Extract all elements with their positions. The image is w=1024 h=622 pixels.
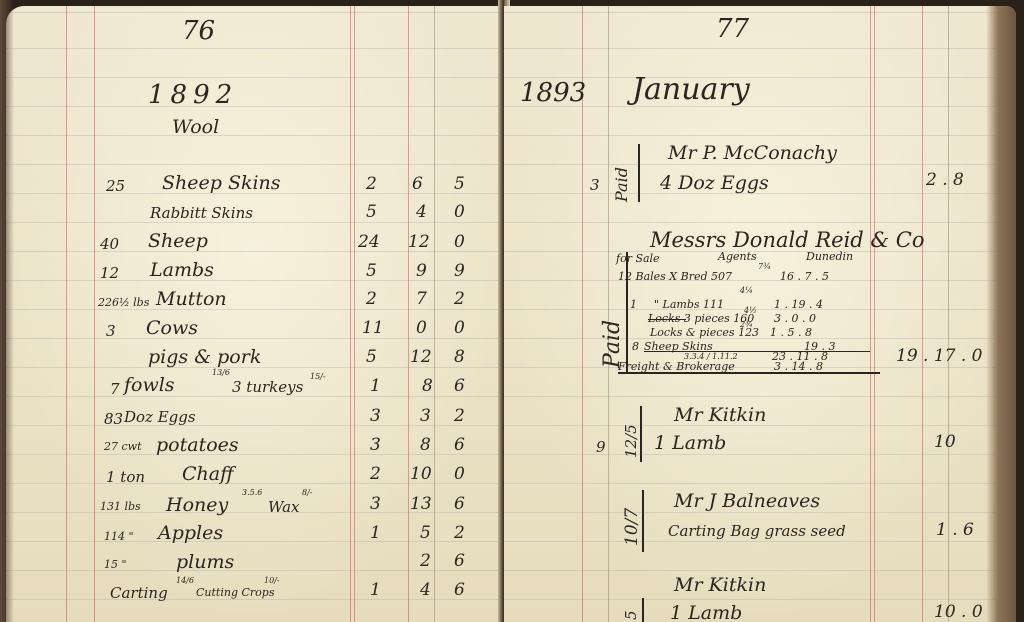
row-note: 3.5.6 <box>242 488 262 497</box>
page-number: 76 <box>182 16 215 46</box>
row-pounds: 2 <box>366 174 377 194</box>
shillings-column-rule <box>922 6 923 622</box>
pounds-column-rule <box>354 6 355 622</box>
row-pence: 5 <box>454 174 465 194</box>
row-shillings: 12 <box>410 347 432 367</box>
row-qty: 25 <box>106 177 125 195</box>
pounds-column-rule <box>350 6 351 622</box>
row-pounds: 1 <box>370 523 381 543</box>
torn-page-edge <box>986 6 1016 622</box>
row-pounds: 1 <box>370 580 381 600</box>
row-qty: 7 <box>110 380 120 398</box>
margin-rule <box>66 6 67 622</box>
row-pence: 0 <box>454 318 465 338</box>
sale-line-rate: 2¾ <box>740 320 753 329</box>
margin-bracket <box>640 406 642 462</box>
row-shillings: 5 <box>420 523 431 543</box>
strikethrough-mark <box>648 319 686 320</box>
row-pence: 0 <box>454 232 465 252</box>
row-item: Doz Eggs <box>124 408 196 426</box>
row-pence: 6 <box>454 376 465 396</box>
row-item: Carting <box>110 584 168 602</box>
row-pence: 2 <box>454 406 465 426</box>
row-pounds: 5 <box>366 347 377 367</box>
entry-total: 10 <box>934 432 956 452</box>
row-qty: 226½ lbs <box>98 296 149 309</box>
row-shillings: 4 <box>420 580 431 600</box>
entry-detail: Carting Bag grass seed <box>668 522 846 540</box>
row-qty: 1 ton <box>106 468 145 486</box>
payment-ref: 10/7 <box>622 508 642 546</box>
row-note: 14/6 <box>176 576 194 585</box>
row-note: 15/- <box>310 372 326 381</box>
row-shillings: 3 <box>420 406 431 426</box>
subheading-for-sale: for Sale <box>616 252 660 265</box>
row-note: 13/6 <box>212 368 230 377</box>
sale-line-rate: 4½ <box>744 306 757 315</box>
sale-line-amount: 16 . 7 . 5 <box>780 270 829 283</box>
sale-line-mark: 1 <box>630 298 637 311</box>
ledger-page-left: 76 1892 Wool 25 Sheep Skins 2 6 5 Rabbit… <box>6 6 502 622</box>
row-shillings: 8 <box>420 435 431 455</box>
entry-day: 9 <box>596 438 606 456</box>
sale-line-rate: 4¼ <box>740 286 753 295</box>
row-shillings: 0 <box>416 318 427 338</box>
row-pounds: 3 <box>370 435 381 455</box>
row-pence: 8 <box>454 347 465 367</box>
entry-detail: 1 Lamb <box>654 432 726 454</box>
row-shillings: 9 <box>416 261 427 281</box>
row-shillings: 13 <box>410 494 432 514</box>
entry-name: Mr Kitkin <box>674 574 766 596</box>
pence-column-rule <box>434 6 435 622</box>
payment-ref: 5 <box>622 610 640 620</box>
row-item: fowls <box>124 374 175 396</box>
margin-rule <box>94 6 95 622</box>
row-pounds: 3 <box>370 494 381 514</box>
sale-line-amount: 1 . 19 . 4 <box>774 298 823 311</box>
entry-name: Messrs Donald Reid & Co <box>650 228 925 252</box>
row-pounds: 24 <box>358 232 380 252</box>
sale-line-amount: 1 . 5 . 8 <box>770 326 812 339</box>
row-qty: 83 <box>104 410 123 428</box>
row-note: 10/- <box>264 576 280 585</box>
entry-name: Mr P. McConachy <box>668 142 837 164</box>
margin-rule <box>608 6 609 622</box>
row-item-secondary: Wax <box>268 498 300 516</box>
row-pounds: 5 <box>366 202 377 222</box>
entry-name: Mr Kitkin <box>674 404 766 426</box>
row-item: Rabbitt Skins <box>150 204 253 222</box>
entry-total: 2 . 8 <box>926 170 964 190</box>
row-shillings: 2 <box>420 551 431 571</box>
entry-detail: 4 Doz Eggs <box>660 172 769 194</box>
row-item: Sheep <box>148 230 208 252</box>
ledger-page-right: 77 1893 January 3 Paid Mr P. McConachy 4… <box>504 6 1016 622</box>
row-qty: 114 " <box>104 530 134 543</box>
row-item: Lambs <box>150 259 214 281</box>
row-pence: 0 <box>454 464 465 484</box>
row-pounds: 3 <box>370 406 381 426</box>
sale-line-mark: 8 <box>632 340 639 353</box>
year-heading: 1892 <box>148 80 238 110</box>
page-number: 77 <box>716 14 749 44</box>
payment-ref: 12/5 <box>622 424 640 458</box>
row-item-secondary: 3 turkeys <box>232 378 303 396</box>
row-pence: 6 <box>454 494 465 514</box>
entry-total: 19 . 17 . 0 <box>896 346 983 366</box>
row-shillings: 4 <box>416 202 427 222</box>
row-pounds: 11 <box>362 318 384 338</box>
sale-line-text: " Lambs 111 <box>654 298 724 311</box>
row-item: Chaff <box>182 463 234 485</box>
row-item: Honey <box>166 494 228 516</box>
row-pounds: 2 <box>370 464 381 484</box>
row-item: Mutton <box>156 288 227 310</box>
sale-line-rate: 3.3.4 / 1.11.2 <box>684 352 738 361</box>
row-pence: 0 <box>454 202 465 222</box>
year-heading: 1893 <box>520 78 586 108</box>
subheading-agents: Agents <box>718 250 757 263</box>
row-shillings: 10 <box>410 464 432 484</box>
shillings-column-rule <box>408 6 409 622</box>
section-heading: Wool <box>172 116 219 138</box>
subheading-dunedin: Dunedin <box>806 250 853 263</box>
margin-bracket <box>642 598 644 622</box>
row-pence: 6 <box>454 580 465 600</box>
row-shillings: 8 <box>422 376 433 396</box>
row-qty: 3 <box>106 322 116 340</box>
row-pounds: 5 <box>366 261 377 281</box>
entry-total: 1 . 6 <box>936 520 974 540</box>
row-pence: 6 <box>454 435 465 455</box>
row-shillings: 7 <box>416 289 427 309</box>
amount-column-rule <box>874 6 875 622</box>
margin-bracket <box>642 490 644 552</box>
row-qty: 27 cwt <box>104 440 142 453</box>
torn-page-edge <box>0 0 14 622</box>
margin-bracket <box>638 144 640 202</box>
row-item: Apples <box>158 522 223 544</box>
row-qty: 15 " <box>104 558 127 571</box>
row-item: plums <box>176 551 234 573</box>
row-qty: 12 <box>100 264 119 282</box>
row-note: 8/- <box>302 488 313 497</box>
row-item: potatoes <box>156 434 239 456</box>
row-item-secondary: Cutting Crops <box>196 586 274 599</box>
row-item: Cows <box>146 317 198 339</box>
row-pence: 9 <box>454 261 465 281</box>
row-qty: 40 <box>100 235 119 253</box>
entry-total: 10 . 0 <box>934 602 983 622</box>
entry-name: Mr J Balneaves <box>674 490 820 512</box>
paid-stamp: Paid <box>612 167 631 202</box>
subtotal-rule <box>644 351 870 352</box>
row-qty: 131 lbs <box>100 500 141 513</box>
row-pence: 2 <box>454 523 465 543</box>
entry-day: 3 <box>590 176 600 194</box>
row-item: pigs & pork <box>148 346 261 368</box>
sale-line-rate: 7¾ <box>758 262 771 271</box>
row-pounds: 2 <box>366 289 377 309</box>
row-shillings: 12 <box>408 232 430 252</box>
sale-line-amount: 3 . 0 . 0 <box>774 312 816 325</box>
sale-line-text: 12 Bales X Bred 507 <box>618 270 732 283</box>
row-pence: 2 <box>454 289 465 309</box>
entry-detail: 1 Lamb <box>670 602 742 622</box>
total-rule <box>618 372 880 374</box>
row-item: Sheep Skins <box>162 172 281 194</box>
row-shillings: 6 <box>412 174 423 194</box>
amount-column-rule <box>870 6 871 622</box>
month-heading: January <box>632 72 750 107</box>
row-pounds: 1 <box>370 376 381 396</box>
row-pence: 6 <box>454 551 465 571</box>
